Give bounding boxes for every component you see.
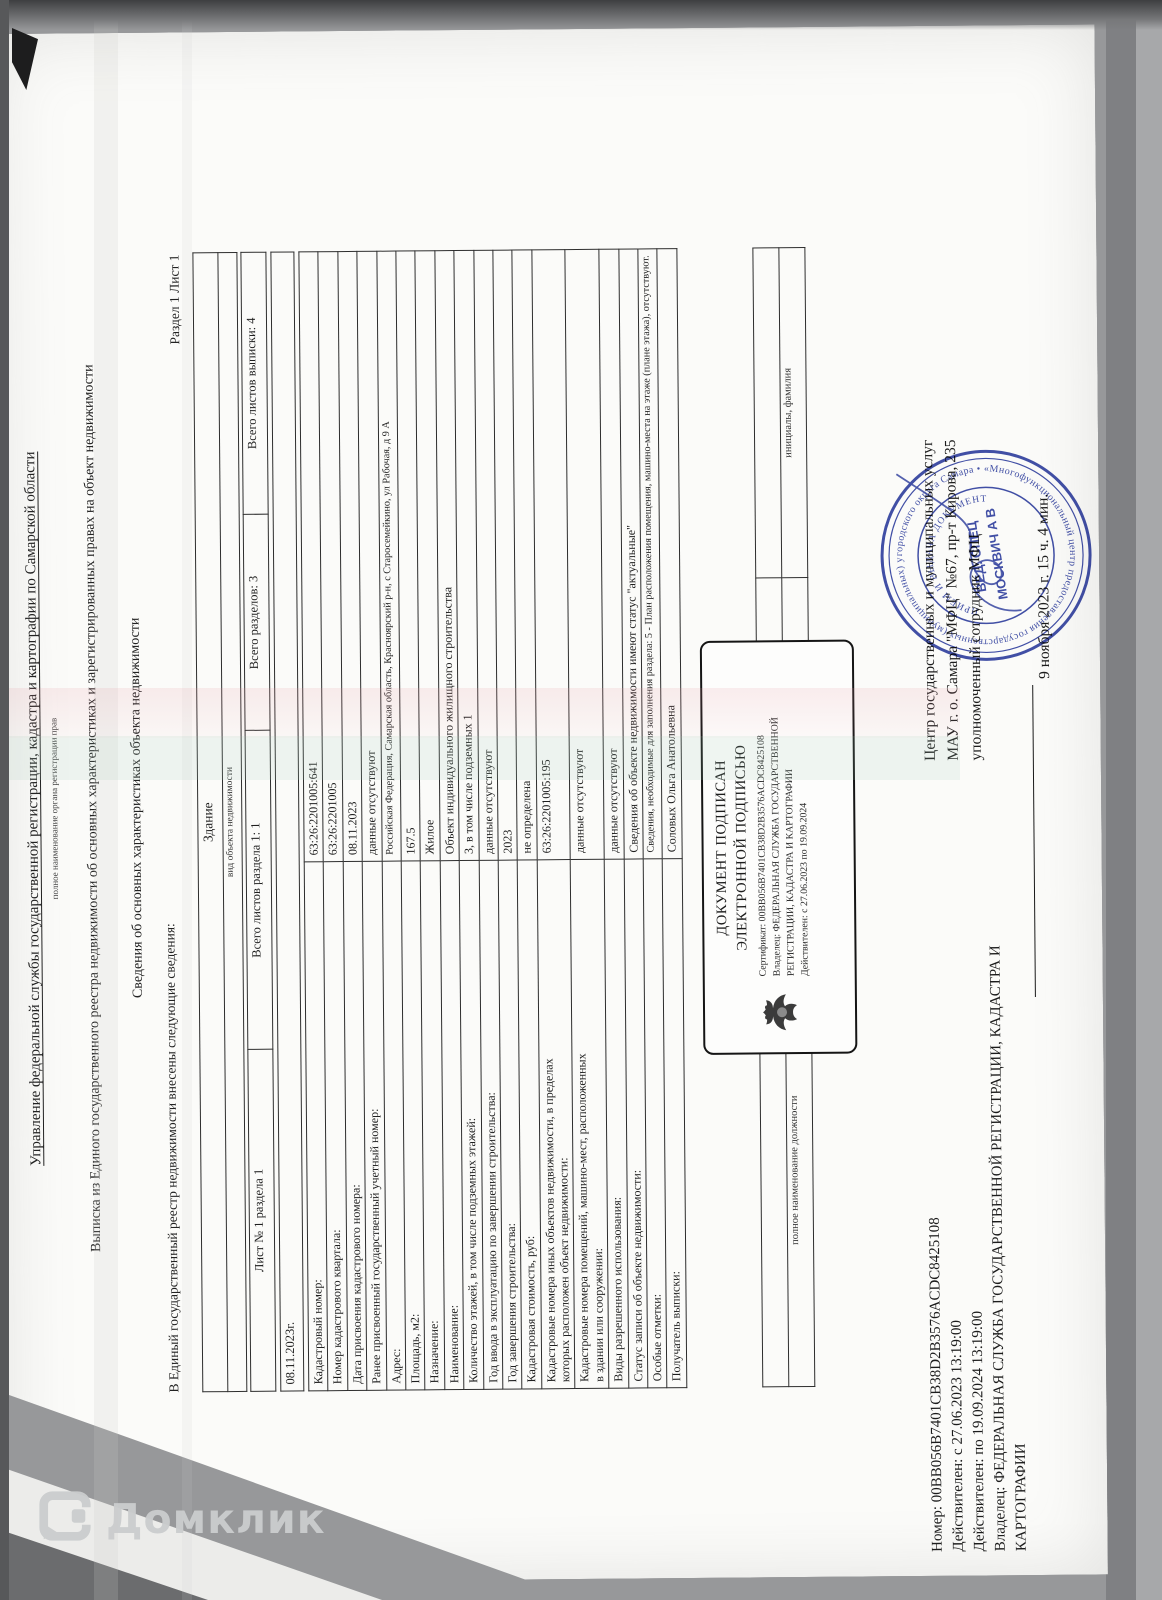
row-label: Получатель выписки: [663, 859, 687, 1388]
coat-of-arms-icon [759, 990, 810, 1034]
sheet-cell: Лист № 1 раздела 1 [248, 1049, 276, 1391]
watermark-label: Домклик [106, 1495, 326, 1543]
certificate-line: КАРТОГРАФИИ [1006, 945, 1032, 1551]
scan-left-edge [0, 0, 9, 1600]
row-label: Кадастровые номера иных объектов недвижи… [537, 860, 575, 1389]
extract-date: 08.11.2023г. [271, 252, 304, 1391]
scan-streak [94, 0, 118, 1600]
object-kind-table: Здание вид объекта недвижимости [192, 252, 247, 1392]
certificate-block: Номер: 00BB056B7401CB38D2B3576ACDC842510… [922, 945, 1032, 1552]
document-page: Управление федеральной службы государств… [0, 24, 1108, 1584]
sheet-cell: Всего листов выписки: 4 [241, 252, 268, 514]
scan-streak [182, 0, 192, 1600]
document-subtitle: Сведения об основных характеристиках объ… [122, 33, 152, 1583]
scan-color-band [0, 736, 960, 780]
attributes-table: Кадастровый номер:63:26:2201005:641 Номе… [298, 248, 687, 1391]
mfc-round-stamp: городского округа Самара • «Многофункцио… [870, 439, 1102, 671]
scan-top-shadow [0, 0, 1162, 30]
scan-color-band [0, 688, 960, 738]
scanned-document: Управление федеральной службы государств… [0, 0, 1162, 1600]
paper-right-shadow [1106, 0, 1136, 1600]
signature-line [1032, 685, 1036, 997]
intro-line: В Единый государственный реестр недвижим… [162, 923, 182, 1392]
scanner-background [1136, 0, 1162, 1600]
name-caption: инициалы, фамилия [779, 247, 808, 578]
section-sheet-label: Раздел 1 Лист 1 [166, 254, 183, 344]
row-label: Кадастровые номера помещений, машино-мес… [571, 859, 609, 1388]
domclick-logo-icon [36, 1488, 94, 1549]
name-value-cell [753, 248, 782, 579]
domclick-watermark: Домклик [36, 1488, 326, 1549]
